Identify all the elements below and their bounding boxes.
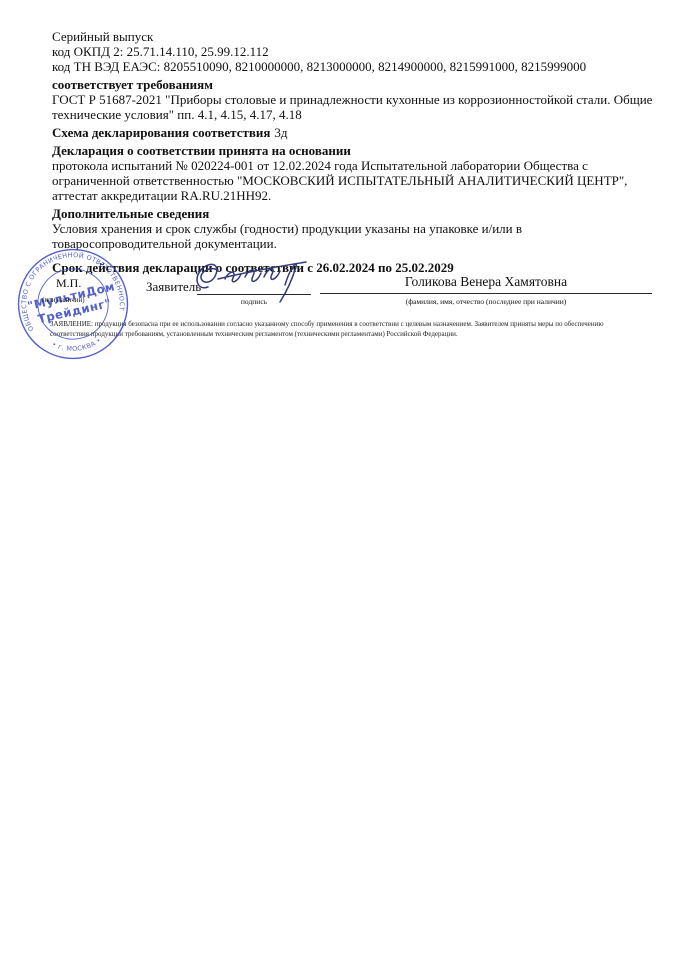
complies-heading: соответствует требованиям [52,77,656,92]
tnved-code-line: код ТН ВЭД ЕАЭС: 8205510090, 8210000000,… [52,59,656,74]
scheme-heading: Схема декларирования соответствия [52,125,270,140]
applicant-name-line: Голикова Венера Хамятовна [320,266,652,294]
mp-label: М.П. [56,276,81,291]
basis-heading: Декларация о соответствии принята на осн… [52,143,656,158]
serial-issue-line: Серийный выпуск [52,29,656,44]
statement-footnote: ЗАЯВЛЕНИЕ: продукция безопасна при ее ис… [50,320,640,339]
declaration-document-page: Серийный выпуск код ОКПД 2: 25.71.14.110… [0,0,693,980]
applicant-name-caption: (фамилия, имя, отчество (последнее при н… [320,297,652,306]
gost-standard-text: ГОСТ Р 51687-2021 "Приборы столовые и пр… [52,92,656,122]
additional-heading: Дополнительные сведения [52,206,656,221]
document-body: Серийный выпуск код ОКПД 2: 25.71.14.110… [52,29,656,275]
additional-text: Условия хранения и срок службы (годности… [52,221,656,251]
okpd-code-line: код ОКПД 2: 25.71.14.110, 25.99.12.112 [52,44,656,59]
applicant-name: Голикова Венера Хамятовна [405,274,567,290]
basis-text: протокола испытаний № 020224-001 от 12.0… [52,158,656,203]
scheme-line: Схема декларирования соответствия3д [52,125,656,140]
handwritten-signature [190,256,325,304]
mp-note: (при наличии) [42,296,85,304]
scheme-value: 3д [274,125,287,140]
